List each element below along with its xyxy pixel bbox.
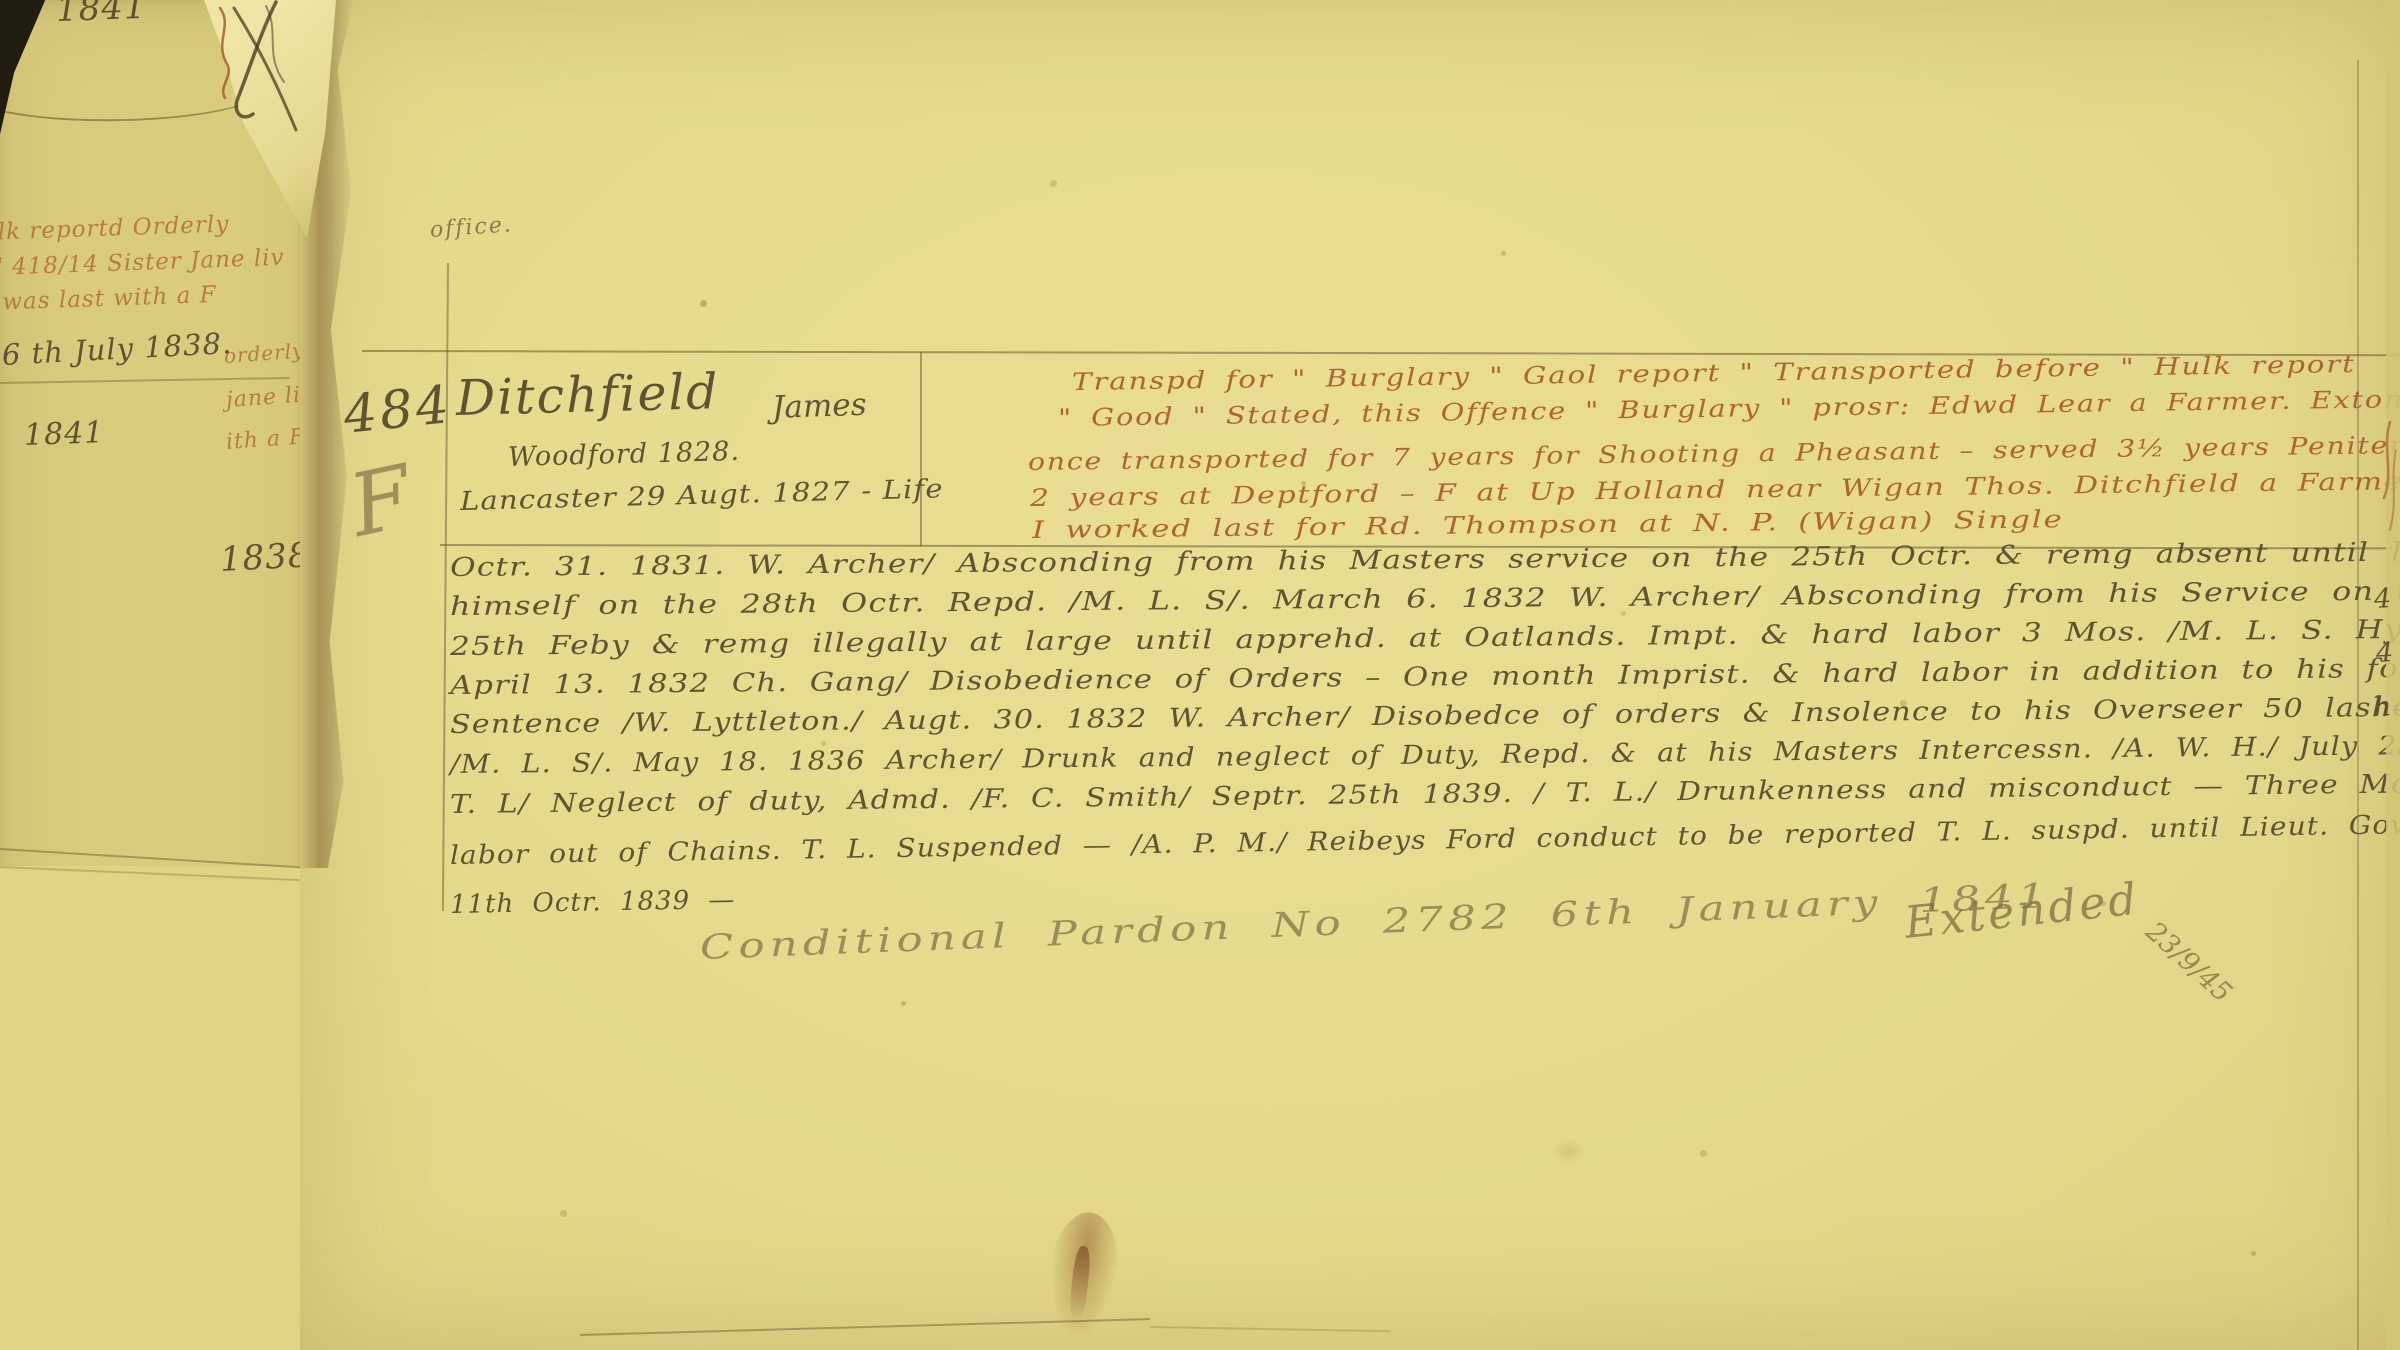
pen-flourish-doodle: [206, 0, 336, 160]
right-edge-fragment: 4: [2373, 583, 2393, 615]
convict-record-scan: 1841 ulk reportd Orderly d 418/14 Sister…: [0, 0, 2400, 1350]
paper-stain: [1552, 1138, 1586, 1164]
ruled-line-name-box-right: [920, 352, 922, 546]
paper-speck-overlay: [0, 0, 3, 3]
marginal-note-fragment: 1841: [23, 415, 105, 453]
right-edge-fragment: 4: [2375, 637, 2395, 669]
native-place-line: Woodford 1828.: [508, 436, 741, 473]
conduct-line: 11th Octr. 1839 —: [450, 885, 736, 920]
left-page-bottom-edge: [0, 866, 318, 1350]
red-ink-fragment: [2360, 420, 2400, 540]
right-edge-fragment: h: [2373, 691, 2393, 723]
convict-forename: James: [771, 387, 867, 426]
ruled-line-right-edge: [2357, 60, 2359, 1350]
entry-number: 484: [341, 375, 455, 446]
convict-surname: Ditchfield: [455, 363, 720, 427]
marginal-note-fragment: 1841: [55, 0, 147, 30]
right-page-edge: [2386, 0, 2400, 1350]
